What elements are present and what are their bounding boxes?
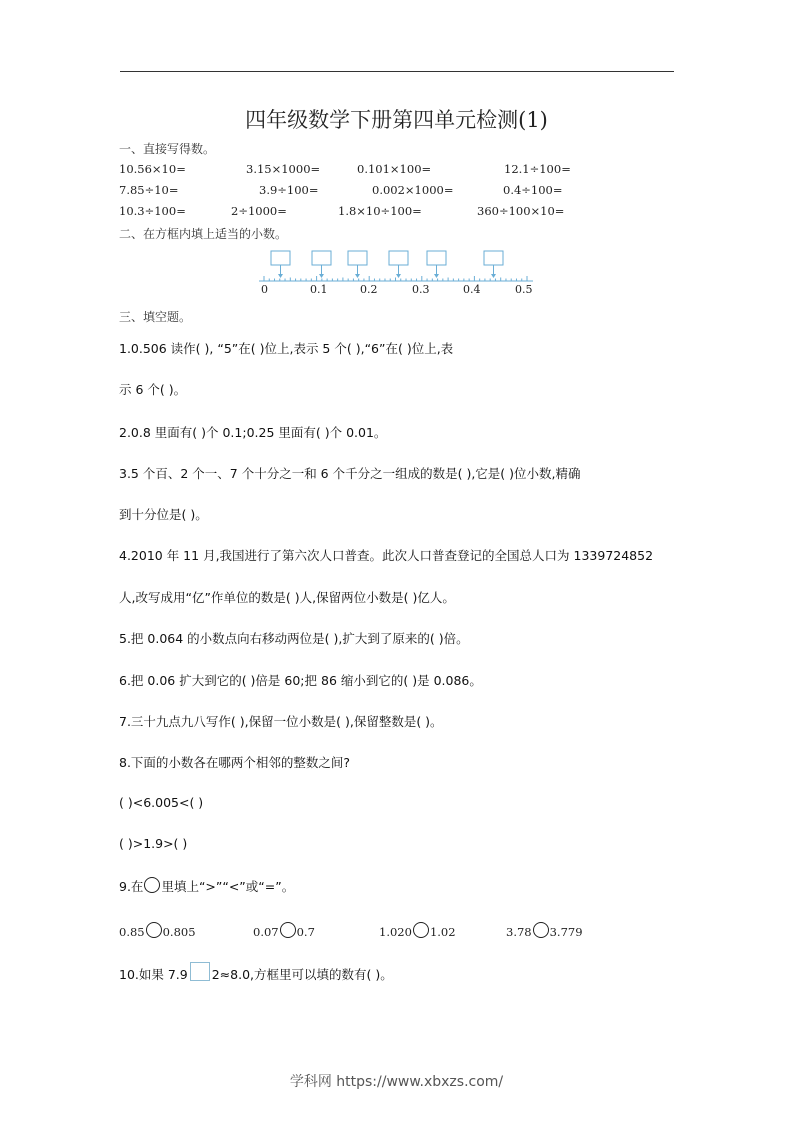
answer-box-icon[interactable] <box>190 962 210 981</box>
svg-text:0.3: 0.3 <box>412 283 430 296</box>
question-8-b: ( )>1.9>( ) <box>119 836 187 851</box>
footer-watermark: 学科网 https://www.xbxzs.com/ <box>0 1071 793 1091</box>
section2-heading: 二、在方框内填上适当的小数。 <box>119 225 287 242</box>
calc-item: 0.002×1000= <box>372 183 453 197</box>
question-2: 2.0.8 里面有( )个 0.1;0.25 里面有( )个 0.01。 <box>119 423 386 441</box>
calc-item: 3.9÷100= <box>259 183 319 197</box>
question-9: 9.在里填上“>”“<”或“=”。 <box>119 877 294 895</box>
answer-box <box>312 251 331 265</box>
question-8-a: ( )<6.005<( ) <box>119 795 203 810</box>
question-3-line1: 3.5 个百、2 个一、7 个十分之一和 6 个千分之一组成的数是( ),它是(… <box>119 464 581 482</box>
compare-item: 1.0201.02 <box>379 922 456 939</box>
calc-item: 3.15×1000= <box>246 162 320 176</box>
calc-item: 7.85÷10= <box>119 183 179 197</box>
question-7: 7.三十九点九八写作( ),保留一位小数是( ),保留整数是( )。 <box>119 712 443 730</box>
calc-item: 0.4÷100= <box>503 183 563 197</box>
section1-heading: 一、直接写得数。 <box>119 140 215 157</box>
question-1-line2: 示 6 个( )。 <box>119 380 186 398</box>
compare-circle-icon[interactable] <box>146 922 162 938</box>
svg-text:0.4: 0.4 <box>463 283 481 296</box>
compare-item: 0.850.805 <box>119 922 196 939</box>
section3-heading: 三、填空题。 <box>119 308 191 325</box>
svg-text:0.2: 0.2 <box>360 283 378 296</box>
question-3-line2: 到十分位是( )。 <box>119 505 208 523</box>
svg-text:0.5: 0.5 <box>515 283 533 296</box>
question-4-line2: 人,改写成用“亿”作单位的数是( )人,保留两位小数是( )亿人。 <box>119 588 455 606</box>
question-6: 6.把 0.06 扩大到它的( )倍是 60;把 86 缩小到它的( )是 0.… <box>119 671 482 689</box>
compare-item: 0.070.7 <box>253 922 315 939</box>
calc-item: 2÷1000= <box>231 204 287 218</box>
compare-item: 3.783.779 <box>506 922 583 939</box>
answer-box <box>427 251 446 265</box>
question-4-line1: 4.2010 年 11 月,我国进行了第六次人口普查。此次人口普查登记的全国总人… <box>119 546 653 564</box>
circle-icon <box>144 877 160 893</box>
page-title: 四年级数学下册第四单元检测(1) <box>0 104 793 134</box>
svg-text:0: 0 <box>261 283 268 296</box>
number-line: 0 0.1 0.2 0.3 0.4 0.5 <box>255 245 545 300</box>
compare-circle-icon[interactable] <box>280 922 296 938</box>
answer-box <box>389 251 408 265</box>
compare-circle-icon[interactable] <box>533 922 549 938</box>
calc-item: 10.56×10= <box>119 162 186 176</box>
question-8: 8.下面的小数各在哪两个相邻的整数之间? <box>119 753 350 771</box>
svg-text:0.1: 0.1 <box>310 283 328 296</box>
question-1-line1: 1.0.506 读作( ), “5”在( )位上,表示 5 个( ),“6”在(… <box>119 339 453 357</box>
question-10: 10.如果 7.92≈8.0,方框里可以填的数有( )。 <box>119 962 393 983</box>
compare-circle-icon[interactable] <box>413 922 429 938</box>
header-rule <box>120 71 674 72</box>
calc-item: 1.8×10÷100= <box>338 204 422 218</box>
calc-item: 10.3÷100= <box>119 204 186 218</box>
question-5: 5.把 0.064 的小数点向右移动两位是( ),扩大到了原来的( )倍。 <box>119 629 469 647</box>
answer-box <box>271 251 290 265</box>
answer-box <box>348 251 367 265</box>
calc-item: 360÷100×10= <box>477 204 564 218</box>
calc-item: 12.1÷100= <box>504 162 571 176</box>
answer-box <box>484 251 503 265</box>
calc-item: 0.101×100= <box>357 162 431 176</box>
